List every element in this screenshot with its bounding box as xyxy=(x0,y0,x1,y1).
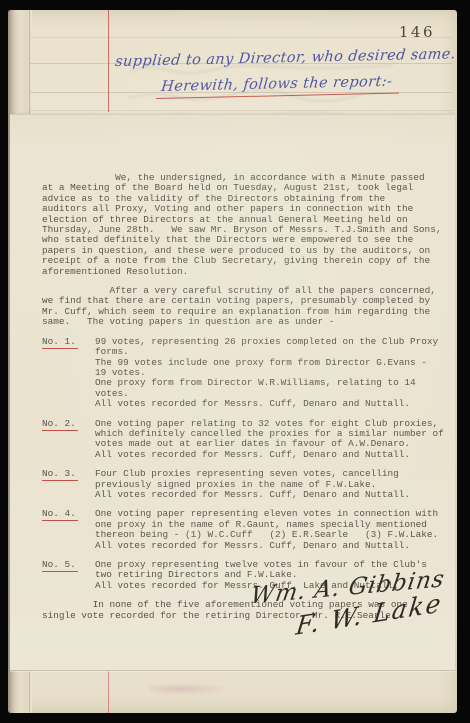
report-item-1: No. 1. 99 votes, representing 26 proxies… xyxy=(42,337,454,410)
report-item-4: No. 4. One voting paper representing ele… xyxy=(42,509,454,551)
item-label: No. 3. xyxy=(42,469,95,500)
item-number: No. 3. xyxy=(42,468,78,481)
item-text: Four Club proxies representing seven vot… xyxy=(95,469,454,500)
ruled-line xyxy=(30,110,452,111)
item-text: 99 votes, representing 26 proxies comple… xyxy=(95,337,454,410)
ruled-line xyxy=(30,37,452,38)
item-label: No. 4. xyxy=(42,509,95,551)
item-number: No. 2. xyxy=(42,418,78,431)
page-number: 146 xyxy=(399,23,435,41)
report-body: We, the undersigned, in accordance with … xyxy=(42,173,454,630)
item-number: No. 1. xyxy=(42,336,78,349)
handwritten-note-line-1: supplied to any Director, who desired sa… xyxy=(114,46,456,70)
ledger-page: 146 supplied to any Director, who desire… xyxy=(8,10,457,713)
handwritten-note-line-2: Herewith, follows the report:- xyxy=(156,73,401,99)
item-text: One voting paper relating to 32 votes fo… xyxy=(95,419,454,461)
red-margin-line-top xyxy=(108,10,109,112)
pasted-report-sheet: We, the undersigned, in accordance with … xyxy=(10,114,455,671)
ink-bleedthrough xyxy=(8,10,457,130)
report-paragraph-2: After a very careful scrutiny of all the… xyxy=(42,286,454,328)
item-label: No. 2. xyxy=(42,419,95,461)
report-item-2: No. 2. One voting paper relating to 32 v… xyxy=(42,419,454,461)
item-number: No. 5. xyxy=(42,559,78,572)
item-label: No. 5. xyxy=(42,560,95,591)
report-item-3: No. 3. Four Club proxies representing se… xyxy=(42,469,454,500)
item-label: No. 1. xyxy=(42,337,95,410)
item-text: One voting paper representing eleven vot… xyxy=(95,509,454,551)
ink-smudge xyxy=(150,683,230,695)
report-paragraph-1: We, the undersigned, in accordance with … xyxy=(42,173,454,277)
item-number: No. 4. xyxy=(42,508,78,521)
red-margin-line-bottom xyxy=(108,669,109,713)
